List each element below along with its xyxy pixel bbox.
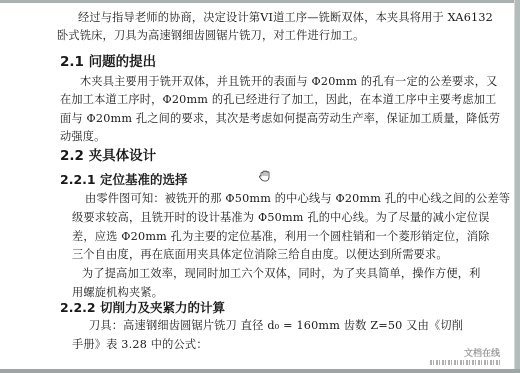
section-2-2-1-p1-line-4: 三个自由度，再在底面用夹具体定位消除三给自由度。以便达到所需要求。 bbox=[72, 248, 448, 262]
section-2-1-line-1: 木夹具主要用于铣开双体，并且铣开的表面与 Φ20mm 的孔有一定的公差要求，又 bbox=[80, 75, 498, 89]
hand-grab-icon bbox=[258, 168, 272, 182]
scrollbar-edge[interactable] bbox=[514, 0, 520, 373]
watermark-url-strip bbox=[430, 360, 502, 365]
document-page: 经过与指导老师的协商，决定设计第VI道工序—铣断双体，本夹具将用于 XA6132… bbox=[0, 3, 514, 369]
section-2-1-line-2: 在加工本道工序时，Φ20mm 的孔已经进行了加工，因此，在本道工序中主要考虑加工 bbox=[60, 93, 497, 107]
intro-line-1: 经过与指导老师的协商，决定设计第VI道工序—铣断双体，本夹具将用于 XA6132 bbox=[78, 11, 493, 25]
section-heading-2-2-1: 2.2.1 定位基准的选择 bbox=[60, 172, 187, 187]
section-heading-2-2: 2.2 夹具体设计 bbox=[60, 148, 156, 164]
section-2-2-1-p1-line-1: 由零件图可知：被铣开的那 Φ50mm 的中心线与 Φ20mm 孔的中心线之间的公… bbox=[85, 192, 510, 206]
section-2-1-line-4: 动强度。 bbox=[60, 130, 106, 144]
intro-line-2: 卧式铣床，刀具为高速钢细齿圆锯片铣刀，对工件进行加工。 bbox=[57, 29, 364, 43]
section-2-2-1-p2-line-1: 为了提高加工效率，现同时加工六个双体，同时，为了夹具简单，操作方便，利 bbox=[82, 267, 481, 281]
window-bottom-border bbox=[0, 369, 520, 373]
section-2-2-2-line-2: 手册》表 3.28 中的公式： bbox=[72, 338, 208, 352]
section-2-2-1-p1-line-2: 级要求较高，且铣开时的设计基准为 Φ50mm 孔的中心线。为了尽量的减小定位误 bbox=[72, 211, 490, 225]
section-2-1-line-3: 面与 Φ20mm 孔之间的要求，其次是考虑如何提高劳动生产率，保证加工质量，降低… bbox=[60, 112, 500, 126]
section-2-2-1-p1-line-3: 差，应选 Φ20mm 孔为主要的定位基准，利用一个圆柱销和一个菱形销定位，消除 bbox=[72, 230, 490, 244]
watermark-text: 文档在线 bbox=[464, 346, 500, 359]
section-2-2-1-p2-line-2: 用螺旋机构夹紧。 bbox=[72, 286, 163, 300]
section-heading-2-2-2: 2.2.2 切削力及夹紧力的计算 bbox=[60, 300, 225, 315]
section-2-2-2-line-1: 刀具：高速钢细齿圆锯片铣刀 直径 d₀ = 160mm 齿数 Z=50 又由《切… bbox=[89, 319, 463, 333]
section-heading-2-1: 2.1 问题的提出 bbox=[60, 54, 156, 70]
